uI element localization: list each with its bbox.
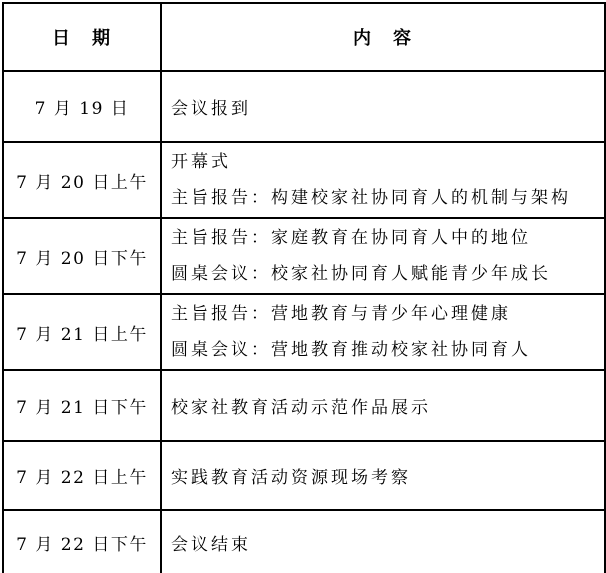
content-line: 圆桌会议：营地教育推动校家社协同育人 <box>171 332 600 368</box>
content-line: 会议报到 <box>171 94 600 119</box>
content-line: 主旨报告：构建校家社协同育人的机制与架构 <box>171 180 600 216</box>
table-row: 7 月 21 日上午 主旨报告：营地教育与青少年心理健康 圆桌会议：营地教育推动… <box>3 294 605 370</box>
table-row: 7 月 19 日 会议报到 <box>3 71 605 142</box>
schedule-table: 日 期 内 容 7 月 19 日 会议报到 7 月 20 日上午 开幕式 主旨报… <box>2 2 606 573</box>
content-cell: 开幕式 主旨报告：构建校家社协同育人的机制与架构 <box>161 142 605 218</box>
table-header-row: 日 期 内 容 <box>3 3 605 71</box>
content-cell: 主旨报告：营地教育与青少年心理健康 圆桌会议：营地教育推动校家社协同育人 <box>161 294 605 370</box>
date-cell: 7 月 21 日下午 <box>3 370 161 441</box>
content-line: 实践教育活动资源现场考察 <box>171 463 600 488</box>
table-row: 7 月 21 日下午 校家社教育活动示范作品展示 <box>3 370 605 441</box>
date-cell: 7 月 22 日上午 <box>3 441 161 510</box>
content-cell: 会议结束 <box>161 510 605 573</box>
date-cell: 7 月 20 日上午 <box>3 142 161 218</box>
content-line: 校家社教育活动示范作品展示 <box>171 393 600 418</box>
table-row: 7 月 22 日下午 会议结束 <box>3 510 605 573</box>
table-row: 7 月 20 日下午 主旨报告：家庭教育在协同育人中的地位 圆桌会议：校家社协同… <box>3 218 605 294</box>
table-row: 7 月 20 日上午 开幕式 主旨报告：构建校家社协同育人的机制与架构 <box>3 142 605 218</box>
date-cell: 7 月 20 日下午 <box>3 218 161 294</box>
schedule-document: 日 期 内 容 7 月 19 日 会议报到 7 月 20 日上午 开幕式 主旨报… <box>0 0 606 573</box>
content-cell: 校家社教育活动示范作品展示 <box>161 370 605 441</box>
content-line: 主旨报告：营地教育与青少年心理健康 <box>171 296 600 332</box>
content-cell: 会议报到 <box>161 71 605 142</box>
date-cell: 7 月 22 日下午 <box>3 510 161 573</box>
date-column-header: 日 期 <box>3 3 161 71</box>
content-line: 主旨报告：家庭教育在协同育人中的地位 <box>171 220 600 256</box>
content-column-header: 内 容 <box>161 3 605 71</box>
content-cell: 实践教育活动资源现场考察 <box>161 441 605 510</box>
content-line: 会议结束 <box>171 530 600 555</box>
content-line: 开幕式 <box>171 144 600 180</box>
content-cell: 主旨报告：家庭教育在协同育人中的地位 圆桌会议：校家社协同育人赋能青少年成长 <box>161 218 605 294</box>
date-cell: 7 月 19 日 <box>3 71 161 142</box>
table-row: 7 月 22 日上午 实践教育活动资源现场考察 <box>3 441 605 510</box>
date-cell: 7 月 21 日上午 <box>3 294 161 370</box>
content-line: 圆桌会议：校家社协同育人赋能青少年成长 <box>171 256 600 292</box>
